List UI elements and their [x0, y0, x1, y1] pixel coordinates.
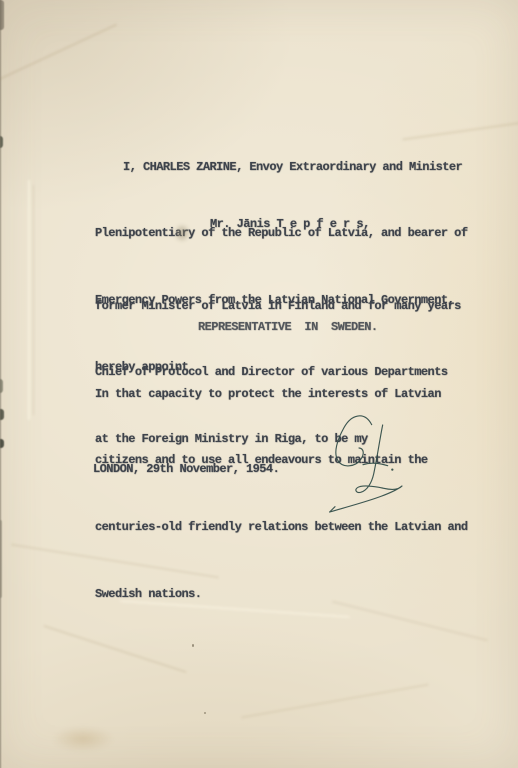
scan-edge-mark [0, 0, 4, 30]
representative-title-line: REPRESENTATIVE IN SWEDEN. [198, 316, 378, 338]
scanned-document-page: I, CHARLES ZARINE, Envoy Extraordinary a… [0, 0, 518, 768]
scan-edge-mark [0, 379, 3, 393]
typed-line: In that capacity to protect the interest… [95, 383, 467, 405]
signature-dot [391, 469, 393, 471]
signature-main-stroke [330, 425, 402, 512]
handwritten-signature [323, 406, 475, 556]
typed-line: former Minister of Latvia in Finland and… [95, 295, 461, 317]
paper-stain [52, 726, 114, 752]
paper-crease [0, 24, 117, 83]
ink-smudge [176, 226, 188, 240]
typed-line: I, CHARLES ZARINE, Envoy Extraordinary a… [95, 156, 467, 178]
signature-c-loop [336, 416, 372, 466]
paper-speck [192, 644, 194, 647]
dateline: LONDON, 29th November, 1954. [93, 458, 279, 480]
paper-crease [241, 684, 428, 719]
scan-edge-mark [0, 136, 3, 148]
paper-speck [204, 712, 206, 714]
appointee-name-line: Mr. Jānis T e p f e r s, [210, 213, 370, 235]
scan-edge-mark [0, 439, 4, 448]
scan-edge-mark [0, 409, 4, 420]
paper-crease [33, 185, 34, 415]
paper-crease [28, 180, 30, 420]
scan-edge-mark [0, 520, 2, 598]
